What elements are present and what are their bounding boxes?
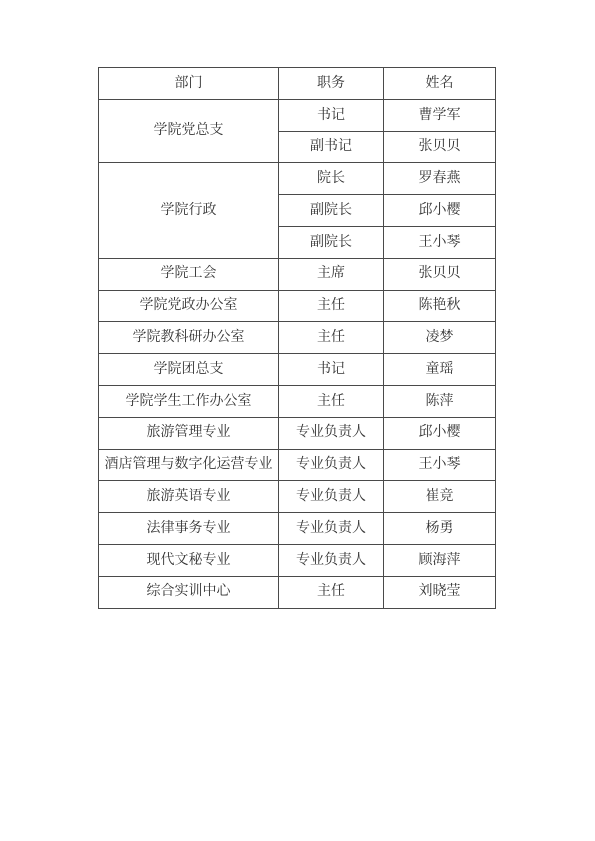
table-row: 旅游管理专业 专业负责人 邱小樱 bbox=[99, 417, 496, 449]
name-cell: 曹学军 bbox=[384, 99, 496, 131]
title-cell: 专业负责人 bbox=[279, 449, 384, 481]
staff-table: 部门 职务 姓名 学院党总支 书记 曹学军 副书记 张贝贝 学院行政 院长 罗春… bbox=[98, 67, 496, 609]
table-row: 学院党总支 书记 曹学军 bbox=[99, 99, 496, 131]
title-cell: 副书记 bbox=[279, 131, 384, 163]
title-cell: 主任 bbox=[279, 290, 384, 322]
dept-cell: 学院党总支 bbox=[99, 99, 279, 163]
name-cell: 邱小樱 bbox=[384, 417, 496, 449]
dept-cell: 学院教科研办公室 bbox=[99, 322, 279, 354]
table-row: 学院工会 主席 张贝贝 bbox=[99, 258, 496, 290]
dept-cell: 学院党政办公室 bbox=[99, 290, 279, 322]
table-row: 学院教科研办公室 主任 凌梦 bbox=[99, 322, 496, 354]
dept-cell: 学院工会 bbox=[99, 258, 279, 290]
title-cell: 主任 bbox=[279, 385, 384, 417]
table-row: 学院学生工作办公室 主任 陈萍 bbox=[99, 385, 496, 417]
table-row: 学院党政办公室 主任 陈艳秋 bbox=[99, 290, 496, 322]
dept-cell: 现代文秘专业 bbox=[99, 544, 279, 576]
title-cell: 主任 bbox=[279, 322, 384, 354]
header-dept: 部门 bbox=[99, 68, 279, 100]
title-cell: 书记 bbox=[279, 99, 384, 131]
title-cell: 副院长 bbox=[279, 226, 384, 258]
dept-cell: 学院学生工作办公室 bbox=[99, 385, 279, 417]
name-cell: 刘晓莹 bbox=[384, 576, 496, 608]
title-cell: 主任 bbox=[279, 576, 384, 608]
dept-cell: 旅游管理专业 bbox=[99, 417, 279, 449]
table-row: 学院行政 院长 罗春燕 bbox=[99, 163, 496, 195]
table-row: 现代文秘专业 专业负责人 顾海萍 bbox=[99, 544, 496, 576]
dept-cell: 旅游英语专业 bbox=[99, 481, 279, 513]
name-cell: 凌梦 bbox=[384, 322, 496, 354]
table-row: 学院团总支 书记 童瑶 bbox=[99, 354, 496, 386]
dept-cell: 学院团总支 bbox=[99, 354, 279, 386]
name-cell: 杨勇 bbox=[384, 513, 496, 545]
name-cell: 罗春燕 bbox=[384, 163, 496, 195]
dept-cell: 学院行政 bbox=[99, 163, 279, 258]
table-row: 酒店管理与数字化运营专业 专业负责人 王小琴 bbox=[99, 449, 496, 481]
title-cell: 院长 bbox=[279, 163, 384, 195]
name-cell: 张贝贝 bbox=[384, 258, 496, 290]
dept-cell: 酒店管理与数字化运营专业 bbox=[99, 449, 279, 481]
header-name: 姓名 bbox=[384, 68, 496, 100]
name-cell: 王小琴 bbox=[384, 449, 496, 481]
table-header-row: 部门 职务 姓名 bbox=[99, 68, 496, 100]
name-cell: 王小琴 bbox=[384, 226, 496, 258]
title-cell: 专业负责人 bbox=[279, 417, 384, 449]
document-page: 部门 职务 姓名 学院党总支 书记 曹学军 副书记 张贝贝 学院行政 院长 罗春… bbox=[0, 0, 595, 841]
table-row: 法律事务专业 专业负责人 杨勇 bbox=[99, 513, 496, 545]
title-cell: 副院长 bbox=[279, 195, 384, 227]
table-row: 旅游英语专业 专业负责人 崔竞 bbox=[99, 481, 496, 513]
name-cell: 陈艳秋 bbox=[384, 290, 496, 322]
name-cell: 陈萍 bbox=[384, 385, 496, 417]
table-row: 综合实训中心 主任 刘晓莹 bbox=[99, 576, 496, 608]
title-cell: 书记 bbox=[279, 354, 384, 386]
dept-cell: 综合实训中心 bbox=[99, 576, 279, 608]
title-cell: 主席 bbox=[279, 258, 384, 290]
name-cell: 顾海萍 bbox=[384, 544, 496, 576]
name-cell: 张贝贝 bbox=[384, 131, 496, 163]
title-cell: 专业负责人 bbox=[279, 513, 384, 545]
dept-cell: 法律事务专业 bbox=[99, 513, 279, 545]
name-cell: 邱小樱 bbox=[384, 195, 496, 227]
name-cell: 崔竞 bbox=[384, 481, 496, 513]
header-title: 职务 bbox=[279, 68, 384, 100]
title-cell: 专业负责人 bbox=[279, 481, 384, 513]
name-cell: 童瑶 bbox=[384, 354, 496, 386]
title-cell: 专业负责人 bbox=[279, 544, 384, 576]
